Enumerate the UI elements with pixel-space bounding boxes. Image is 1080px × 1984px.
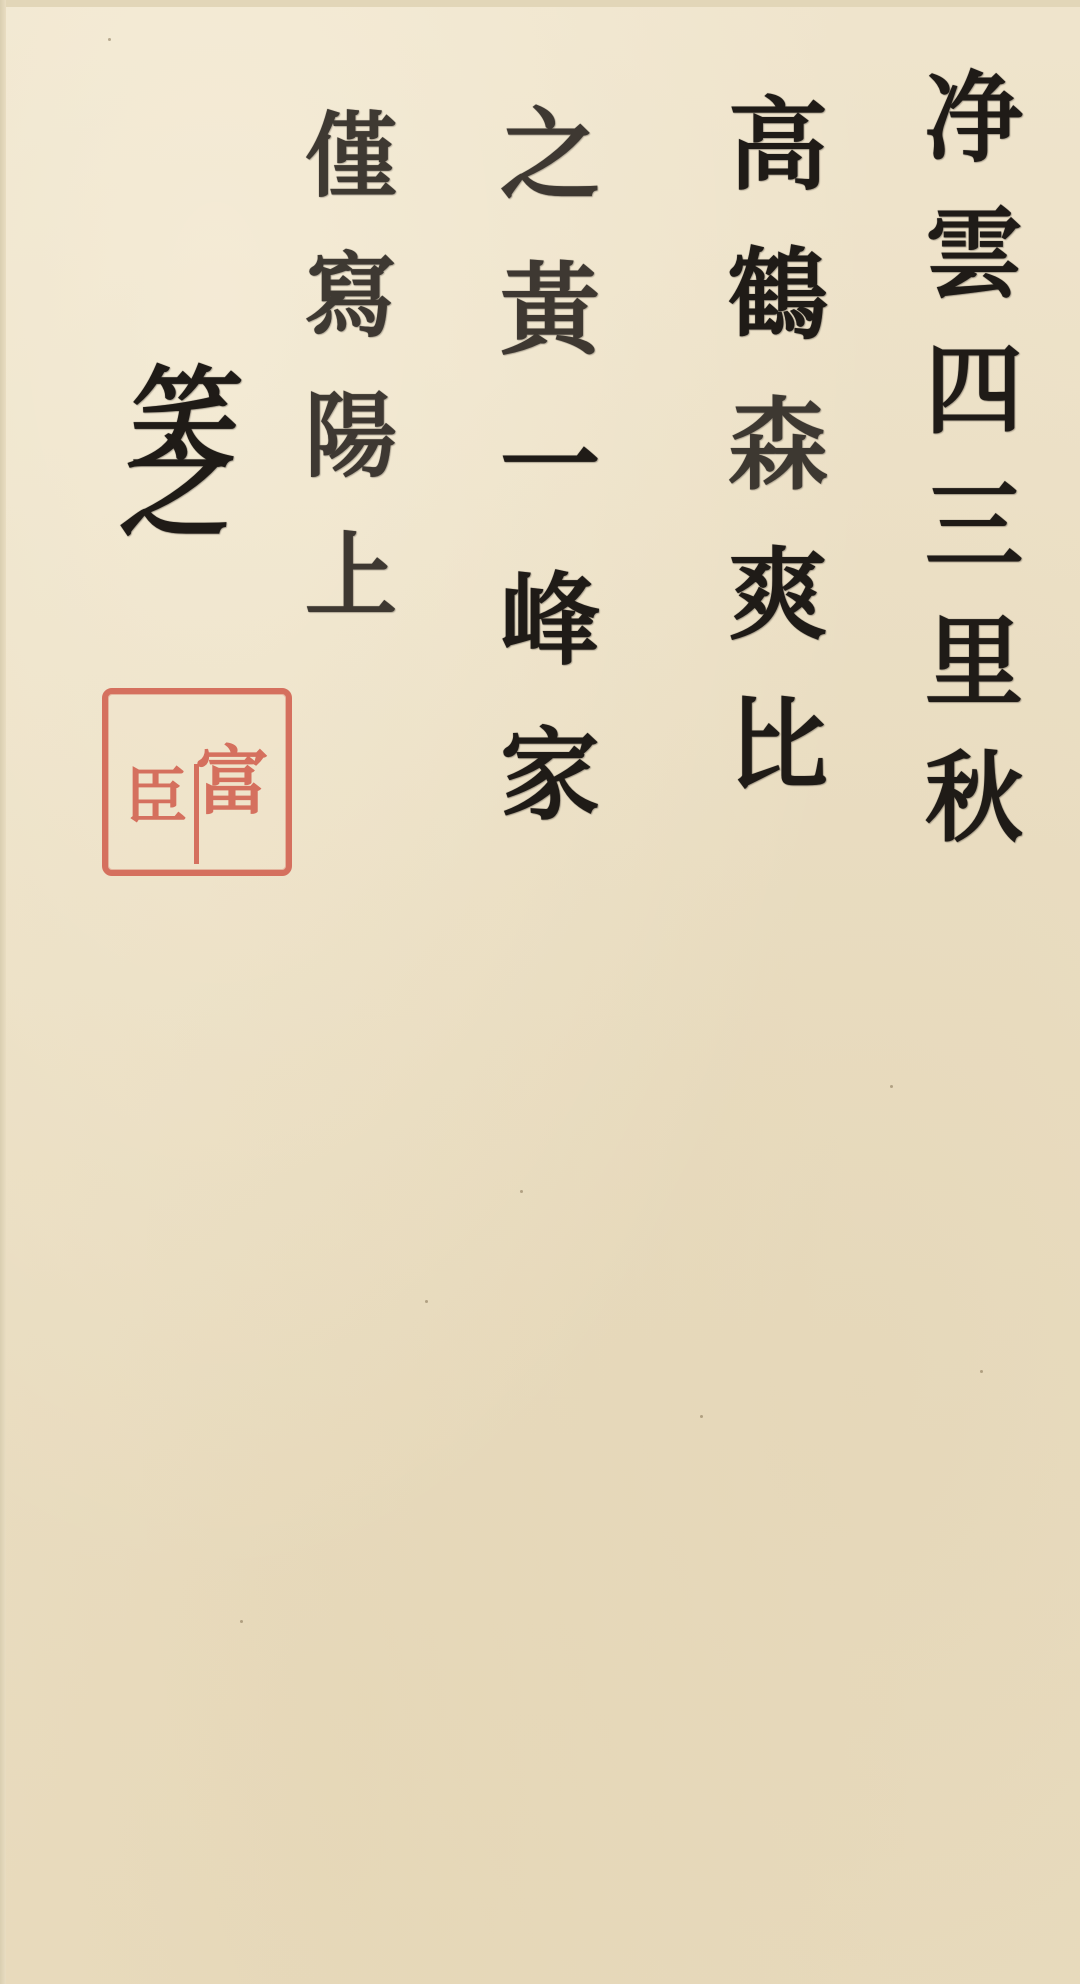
signature-text: 笑之 — [113, 360, 238, 500]
seal-left-character: 臣 — [125, 766, 187, 828]
character: 鶴 — [728, 245, 828, 345]
paper-left-edge — [0, 0, 6, 1984]
paper-speck — [890, 1085, 893, 1088]
character: 家 — [500, 725, 600, 825]
character: 僅 — [305, 110, 397, 202]
character: 里 — [925, 614, 1023, 712]
character: 寫 — [305, 250, 397, 342]
calligraphy-column-4: 僅 寫 陽 上 — [305, 110, 397, 622]
paper-speck — [700, 1415, 703, 1418]
seal-right-character: 富 — [195, 745, 269, 819]
calligraphy-column-1: 净 雲 四 三 里 秋 — [925, 70, 1023, 848]
character: 三 — [925, 478, 1023, 576]
character: 森 — [728, 395, 828, 495]
character: 之 — [500, 105, 600, 205]
character: 高 — [728, 95, 828, 195]
seal-divider — [194, 764, 199, 864]
character: 峰 — [500, 570, 600, 670]
character: 爽 — [728, 545, 828, 645]
character: 秋 — [925, 750, 1023, 848]
paper-speck — [108, 38, 111, 41]
calligraphy-column-2: 高 鶴 森 爽 比 — [728, 95, 828, 795]
character: 雲 — [925, 206, 1023, 304]
paper-speck — [240, 1620, 243, 1623]
paper-speck — [425, 1300, 428, 1303]
paper-top-edge — [0, 0, 1080, 7]
artist-signature: 笑之 — [120, 360, 230, 500]
character: 比 — [728, 695, 828, 795]
character: 一 — [500, 415, 600, 515]
red-seal-stamp: 臣 富 — [102, 688, 292, 876]
character: 陽 — [305, 390, 397, 482]
paper-speck — [520, 1190, 523, 1193]
character: 净 — [925, 70, 1023, 168]
calligraphy-column-3: 之 黃 一 峰 家 — [500, 105, 600, 825]
paper-speck — [980, 1370, 983, 1373]
character: 上 — [305, 530, 397, 622]
character: 四 — [925, 342, 1023, 440]
character: 黃 — [500, 260, 600, 360]
